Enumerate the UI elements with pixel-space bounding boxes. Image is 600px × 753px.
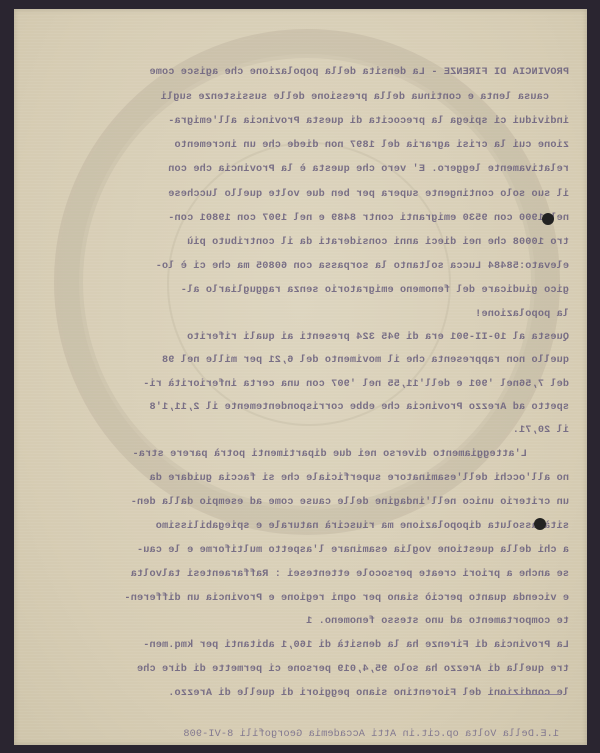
punch-hole-bottom	[534, 518, 546, 530]
text-line: zione cui la crisi agraria del 1897 non …	[174, 140, 569, 151]
text-line: a chi della questione voglia esaminare l…	[137, 545, 569, 556]
text-line: PROVINCIA DI FIRENZE - La densita della …	[149, 67, 569, 78]
text-line: il suo solo contingente supera per ben d…	[168, 189, 569, 200]
text-line: il 20,71.	[513, 425, 569, 436]
text-line: quello non rappresenta che il movimento …	[162, 355, 569, 366]
text-line: te comportamento ad uno stesso fenomeno.…	[306, 616, 569, 627]
footnote-divider	[500, 694, 558, 695]
text-line: tro 10008 che nei dieci anni considerati…	[187, 237, 569, 248]
text-line: causa lenta e continua della pressione d…	[161, 92, 549, 103]
document-page: PROVINCIA DI FIRENZE - La densita della …	[14, 9, 587, 745]
text-line: se anche a priori create persocole etten…	[131, 569, 569, 580]
text-line: relativamente leggero. E' vero che quest…	[168, 164, 569, 175]
mirrored-text-block: PROVINCIA DI FIRENZE - La densita della …	[14, 9, 587, 745]
text-line: del 7,56nel '901 e dell'11,55 nel '907 c…	[143, 379, 569, 390]
text-line: spetto ad Arezzo Provincia che ebbe corr…	[149, 402, 569, 413]
text-line: elevato:58484 Lucca soltanto la sorpassa…	[156, 261, 569, 272]
text-line: nel 1900 con 9530 emigranti contr 8489 e…	[168, 213, 569, 224]
text-line: un criterio unico nell'indagine delle ca…	[131, 497, 569, 508]
text-line: la popolazione!	[475, 309, 569, 320]
text-line: L'atteggiamento diverso nei due dipartim…	[132, 449, 527, 460]
punch-hole-top	[542, 213, 554, 225]
text-line: Questa al 10-II-901 era di 945 324 prese…	[187, 332, 569, 343]
footnote-text: 1.E.Della Volta op.cit.in Atti Accademia…	[183, 729, 559, 740]
text-line: tre quella di Arezzo ha solo 95,4,019 pe…	[137, 664, 569, 675]
text-line: no all'occhi dell'esaminatore superficia…	[149, 473, 569, 484]
text-line: sità assoluta dipopolazione ma riuscirà …	[156, 521, 569, 532]
text-line: e vicenda quanto perciò siano per ogni r…	[124, 593, 569, 604]
text-line: La Provincia di Firenze ha la densità di…	[143, 640, 569, 651]
text-line: gico giudicare del fenomeno emigratorio …	[181, 285, 569, 296]
text-line: individui ci spiega la precocita di ques…	[168, 116, 569, 127]
